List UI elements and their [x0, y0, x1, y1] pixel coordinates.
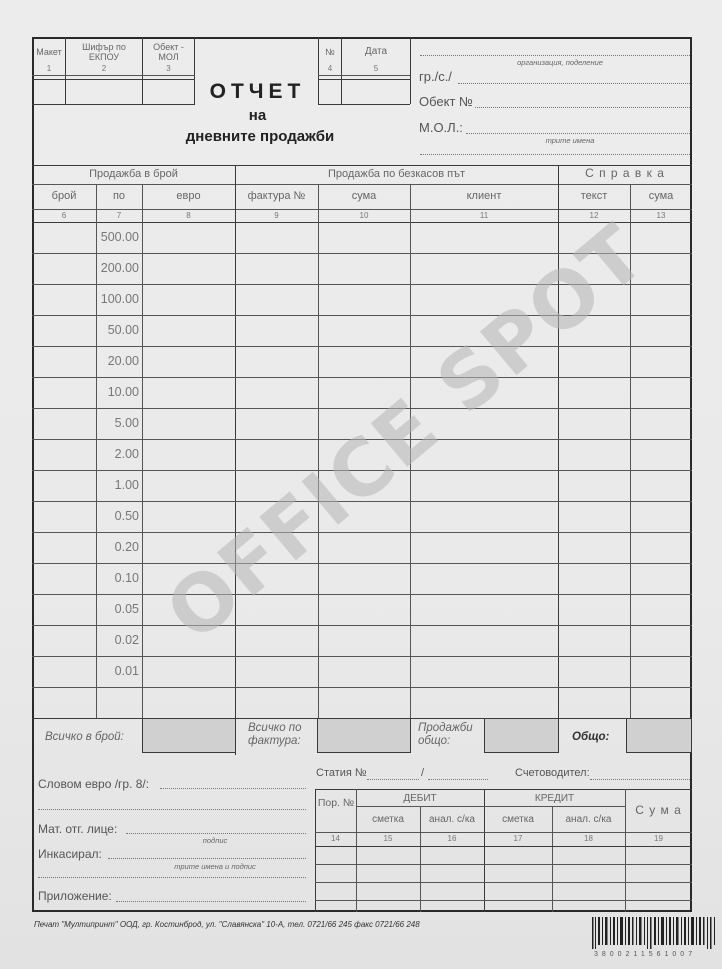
denomination: 0.01 [97, 664, 139, 678]
mol-signature-label: Мат. отг. лице: [38, 822, 117, 836]
header-label-maket: Макет [33, 46, 65, 58]
header-num: 3 [143, 64, 194, 73]
total-invoice-field[interactable] [317, 718, 411, 753]
words-label: Словом евро /гр. 8/: [38, 777, 149, 791]
mol-signature-input[interactable] [126, 833, 306, 834]
col-header-count: брой [32, 190, 96, 202]
denomination: 100.00 [97, 292, 139, 306]
ledger-sub-col: анал. с/ка [552, 814, 625, 826]
col-num: 6 [32, 211, 96, 220]
print-info: Печат "Мултипринт" ООД, гр. Костинброд, … [34, 920, 420, 929]
header-num: 1 [33, 64, 65, 73]
col-header-amount: сума [318, 190, 410, 202]
denomination: 0.20 [97, 540, 139, 554]
words-input[interactable] [160, 788, 306, 789]
mol-label: М.О.Л.: [419, 120, 463, 135]
col-num: 10 [318, 211, 410, 220]
divider [32, 79, 195, 80]
header-label-ekpou: Шифър по ЕКПОУ [66, 42, 142, 62]
denomination: 1.00 [97, 478, 139, 492]
ledger-debit-label: ДЕБИТ [356, 793, 484, 805]
header-label-date: Дата [342, 46, 410, 58]
sales-total-label: Продажби общо: [418, 722, 480, 748]
organization-line[interactable] [420, 55, 690, 56]
col-num: 7 [96, 211, 142, 220]
accountant-input[interactable] [590, 779, 690, 780]
mol-input[interactable] [466, 133, 690, 134]
maket-input[interactable] [34, 81, 64, 103]
divider [410, 37, 411, 104]
barcode-icon [592, 917, 718, 949]
names-caption: трите имена [520, 136, 620, 145]
attachment-input[interactable] [116, 901, 306, 902]
denomination: 2.00 [97, 447, 139, 461]
header-num: 4 [319, 64, 341, 73]
divider [318, 104, 410, 105]
ledger-sub-col: сметка [356, 814, 420, 826]
col-header-client: клиент [410, 190, 558, 202]
col-header-per: по [96, 190, 142, 202]
col-num: 11 [410, 211, 558, 220]
city-input[interactable] [458, 83, 690, 84]
ekpou-input[interactable] [67, 81, 141, 103]
col-num: 9 [235, 211, 318, 220]
divider [32, 184, 692, 185]
accountant-label: Счетоводител: [515, 767, 590, 779]
divider [142, 184, 143, 718]
denomination: 5.00 [97, 416, 139, 430]
divider [315, 832, 692, 833]
ledger-credit-label: КРЕДИТ [484, 793, 625, 805]
title-na: на [200, 107, 315, 124]
ledger-num: 14 [315, 834, 356, 843]
mol-names-line[interactable] [420, 154, 690, 155]
words-input-line2[interactable] [38, 809, 306, 810]
col-num: 8 [142, 211, 235, 220]
divider [318, 79, 410, 80]
col-header-euro: евро [142, 190, 235, 202]
denomination: 50.00 [97, 323, 139, 337]
grand-total-field[interactable] [626, 718, 692, 753]
col-header-text: текст [558, 190, 630, 202]
header-label-object-mol: Обект - МОЛ [143, 42, 194, 62]
barcode-number: 3800211561007 [594, 951, 696, 958]
number-input[interactable] [320, 81, 340, 103]
ledger-num: 15 [356, 834, 420, 843]
count-column-inputs[interactable] [34, 223, 95, 717]
article-input-2[interactable] [428, 779, 488, 780]
denomination: 500.00 [97, 230, 139, 244]
divider [32, 104, 195, 105]
sales-total-field[interactable] [484, 718, 559, 753]
ledger-sub-col: анал. с/ка [420, 814, 484, 826]
article-label: Статия № [316, 767, 367, 779]
denomination: 10.00 [97, 385, 139, 399]
divider [356, 806, 625, 807]
title-main: ОТЧЕТ [200, 80, 315, 104]
group-header-noncash: Продажба по безкасов път [235, 168, 558, 180]
collected-input-line2[interactable] [38, 877, 306, 878]
article-input[interactable] [367, 779, 419, 780]
object-mol-input[interactable] [144, 81, 193, 103]
col-num: 13 [630, 211, 692, 220]
col-header-invoice: фактура № [235, 190, 318, 202]
header-label-number: № [319, 46, 341, 58]
header-num: 5 [342, 64, 410, 73]
ledger-seq-label: Пор. № [316, 797, 356, 809]
article-sep: / [421, 767, 424, 779]
divider [315, 789, 692, 790]
divider [194, 37, 195, 104]
divider [32, 75, 195, 76]
ref-amount-column-inputs[interactable] [632, 223, 691, 717]
object-label: Обект № [419, 94, 473, 109]
total-invoice-label: Всичко по фактура: [248, 722, 318, 748]
denomination: 0.10 [97, 571, 139, 585]
col-header-ref-amount: сума [630, 190, 692, 202]
divider [318, 75, 410, 76]
group-header-reference: С п р а в к а [558, 167, 692, 179]
header-num: 2 [66, 64, 142, 73]
date-input[interactable] [343, 81, 409, 103]
ledger-num: 18 [552, 834, 625, 843]
divider [315, 846, 692, 847]
total-cash-field[interactable] [142, 718, 236, 753]
ledger-sub-col: сметка [484, 814, 552, 826]
denomination: 200.00 [97, 261, 139, 275]
object-input[interactable] [475, 107, 690, 108]
denomination: 0.05 [97, 602, 139, 616]
ledger-num: 19 [625, 834, 692, 843]
collected-label: Инкасирал: [38, 847, 102, 861]
title-sub: дневните продажби [160, 128, 360, 145]
collected-input[interactable] [108, 858, 306, 859]
group-header-cash: Продажба в брой [32, 168, 235, 180]
names-signature-caption: трите имена и подпис [150, 862, 280, 871]
ledger-num: 16 [420, 834, 484, 843]
signature-caption: подпис [180, 836, 250, 845]
attachment-label: Приложение: [38, 889, 112, 903]
ledger-num: 17 [484, 834, 552, 843]
denomination: 0.50 [97, 509, 139, 523]
form-paper: Макет 1 Шифър по ЕКПОУ 2 Обект - МОЛ 3 №… [0, 0, 722, 969]
city-label: гр./с./ [419, 69, 452, 84]
denomination: 20.00 [97, 354, 139, 368]
total-cash-label: Всичко в брой: [45, 731, 124, 744]
org-caption: организация, поделение [480, 58, 640, 67]
ledger-sum-label: С у м а [625, 804, 692, 816]
grand-total-label: Общо: [572, 731, 609, 744]
ledger-entry-rows[interactable] [317, 848, 690, 910]
denomination: 0.02 [97, 633, 139, 647]
divider [32, 209, 692, 210]
